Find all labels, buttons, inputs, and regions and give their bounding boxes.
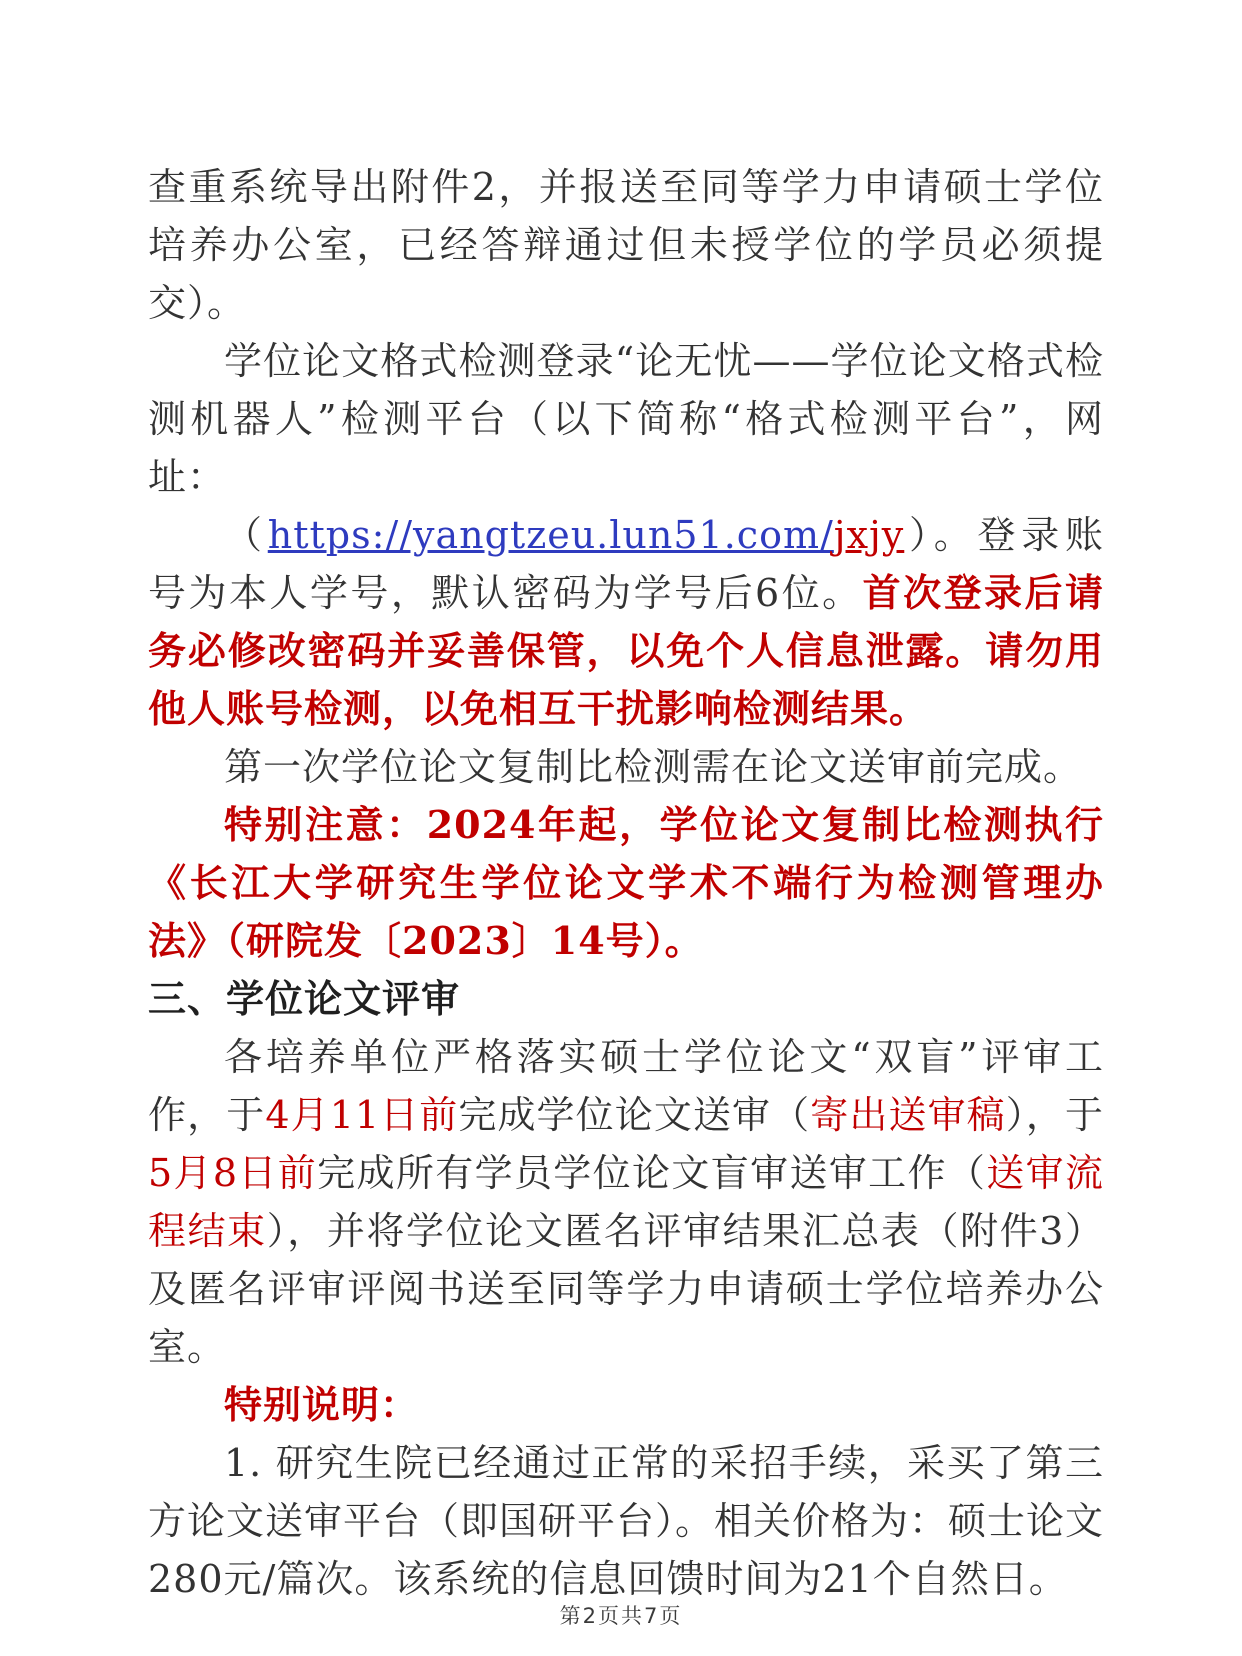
paragraph: 学位论文格式检测登录“论无忧——学位论文格式检测机器人”检测平台（以下简称“格式… — [148, 332, 1104, 506]
hyperlink[interactable]: jxjy — [834, 513, 904, 557]
text-run: ），并将学位论文匿名评审结果汇总表（附件3）及匿名评审评阅书送至同等学力申请硕士… — [148, 1209, 1104, 1369]
text-run: 特别说明： — [224, 1382, 419, 1427]
paragraph: 查重系统导出附件2，并报送至同等学力申请硕士学位培养办公室，已经答辩通过但未授学… — [148, 158, 1104, 332]
document-page: 查重系统导出附件2，并报送至同等学力申请硕士学位培养办公室，已经答辩通过但未授学… — [0, 0, 1242, 1656]
hyperlink[interactable]: https://yangtzeu.lun51.com/ — [268, 513, 834, 557]
text-run: 第一次学位论文复制比检测需在论文送审前完成。 — [224, 745, 1082, 789]
text-run: （ — [224, 513, 268, 557]
text-run: 三、学位论文评审 — [148, 977, 460, 1021]
text-run: 特别注意：2024年起，学位论文复制比检测执行《长江大学研究生学位论文学术不端行… — [148, 802, 1104, 963]
paragraph: 特别说明： — [148, 1376, 1104, 1434]
text-run: 4月11日前 — [265, 1093, 458, 1137]
document-body: 查重系统导出附件2，并报送至同等学力申请硕士学位培养办公室，已经答辩通过但未授学… — [148, 158, 1104, 1608]
text-run: 完成学位论文送审（ — [458, 1093, 810, 1137]
text-run: 查重系统导出附件2，并报送至同等学力申请硕士学位培养办公室，已经答辩通过但未授学… — [148, 165, 1104, 325]
text-run: 寄出送审稿 — [810, 1093, 1006, 1137]
page-number: 第2页共7页 — [0, 1600, 1242, 1630]
text-run: 完成所有学员学位论文盲审送审工作（ — [317, 1151, 986, 1195]
paragraph: 1. 研究生院已经通过正常的采招手续，采买了第三方论文送审平台（即国研平台）。相… — [148, 1434, 1104, 1608]
paragraph: 各培养单位严格落实硕士学位论文“双盲”评审工作，于4月11日前完成学位论文送审（… — [148, 1028, 1104, 1376]
paragraph: （https://yangtzeu.lun51.com/jxjy）。登录账号为本… — [148, 506, 1104, 738]
text-run: ），于 — [1006, 1093, 1104, 1137]
section-heading: 三、学位论文评审 — [148, 970, 1104, 1028]
text-run: 5月8日前 — [148, 1151, 317, 1195]
text-run: 1. 研究生院已经通过正常的采招手续，采买了第三方论文送审平台（即国研平台）。相… — [148, 1441, 1104, 1601]
text-run: 学位论文格式检测登录“论无忧——学位论文格式检测机器人”检测平台（以下简称“格式… — [148, 339, 1104, 499]
paragraph: 特别注意：2024年起，学位论文复制比检测执行《长江大学研究生学位论文学术不端行… — [148, 796, 1104, 970]
paragraph: 第一次学位论文复制比检测需在论文送审前完成。 — [148, 738, 1104, 796]
